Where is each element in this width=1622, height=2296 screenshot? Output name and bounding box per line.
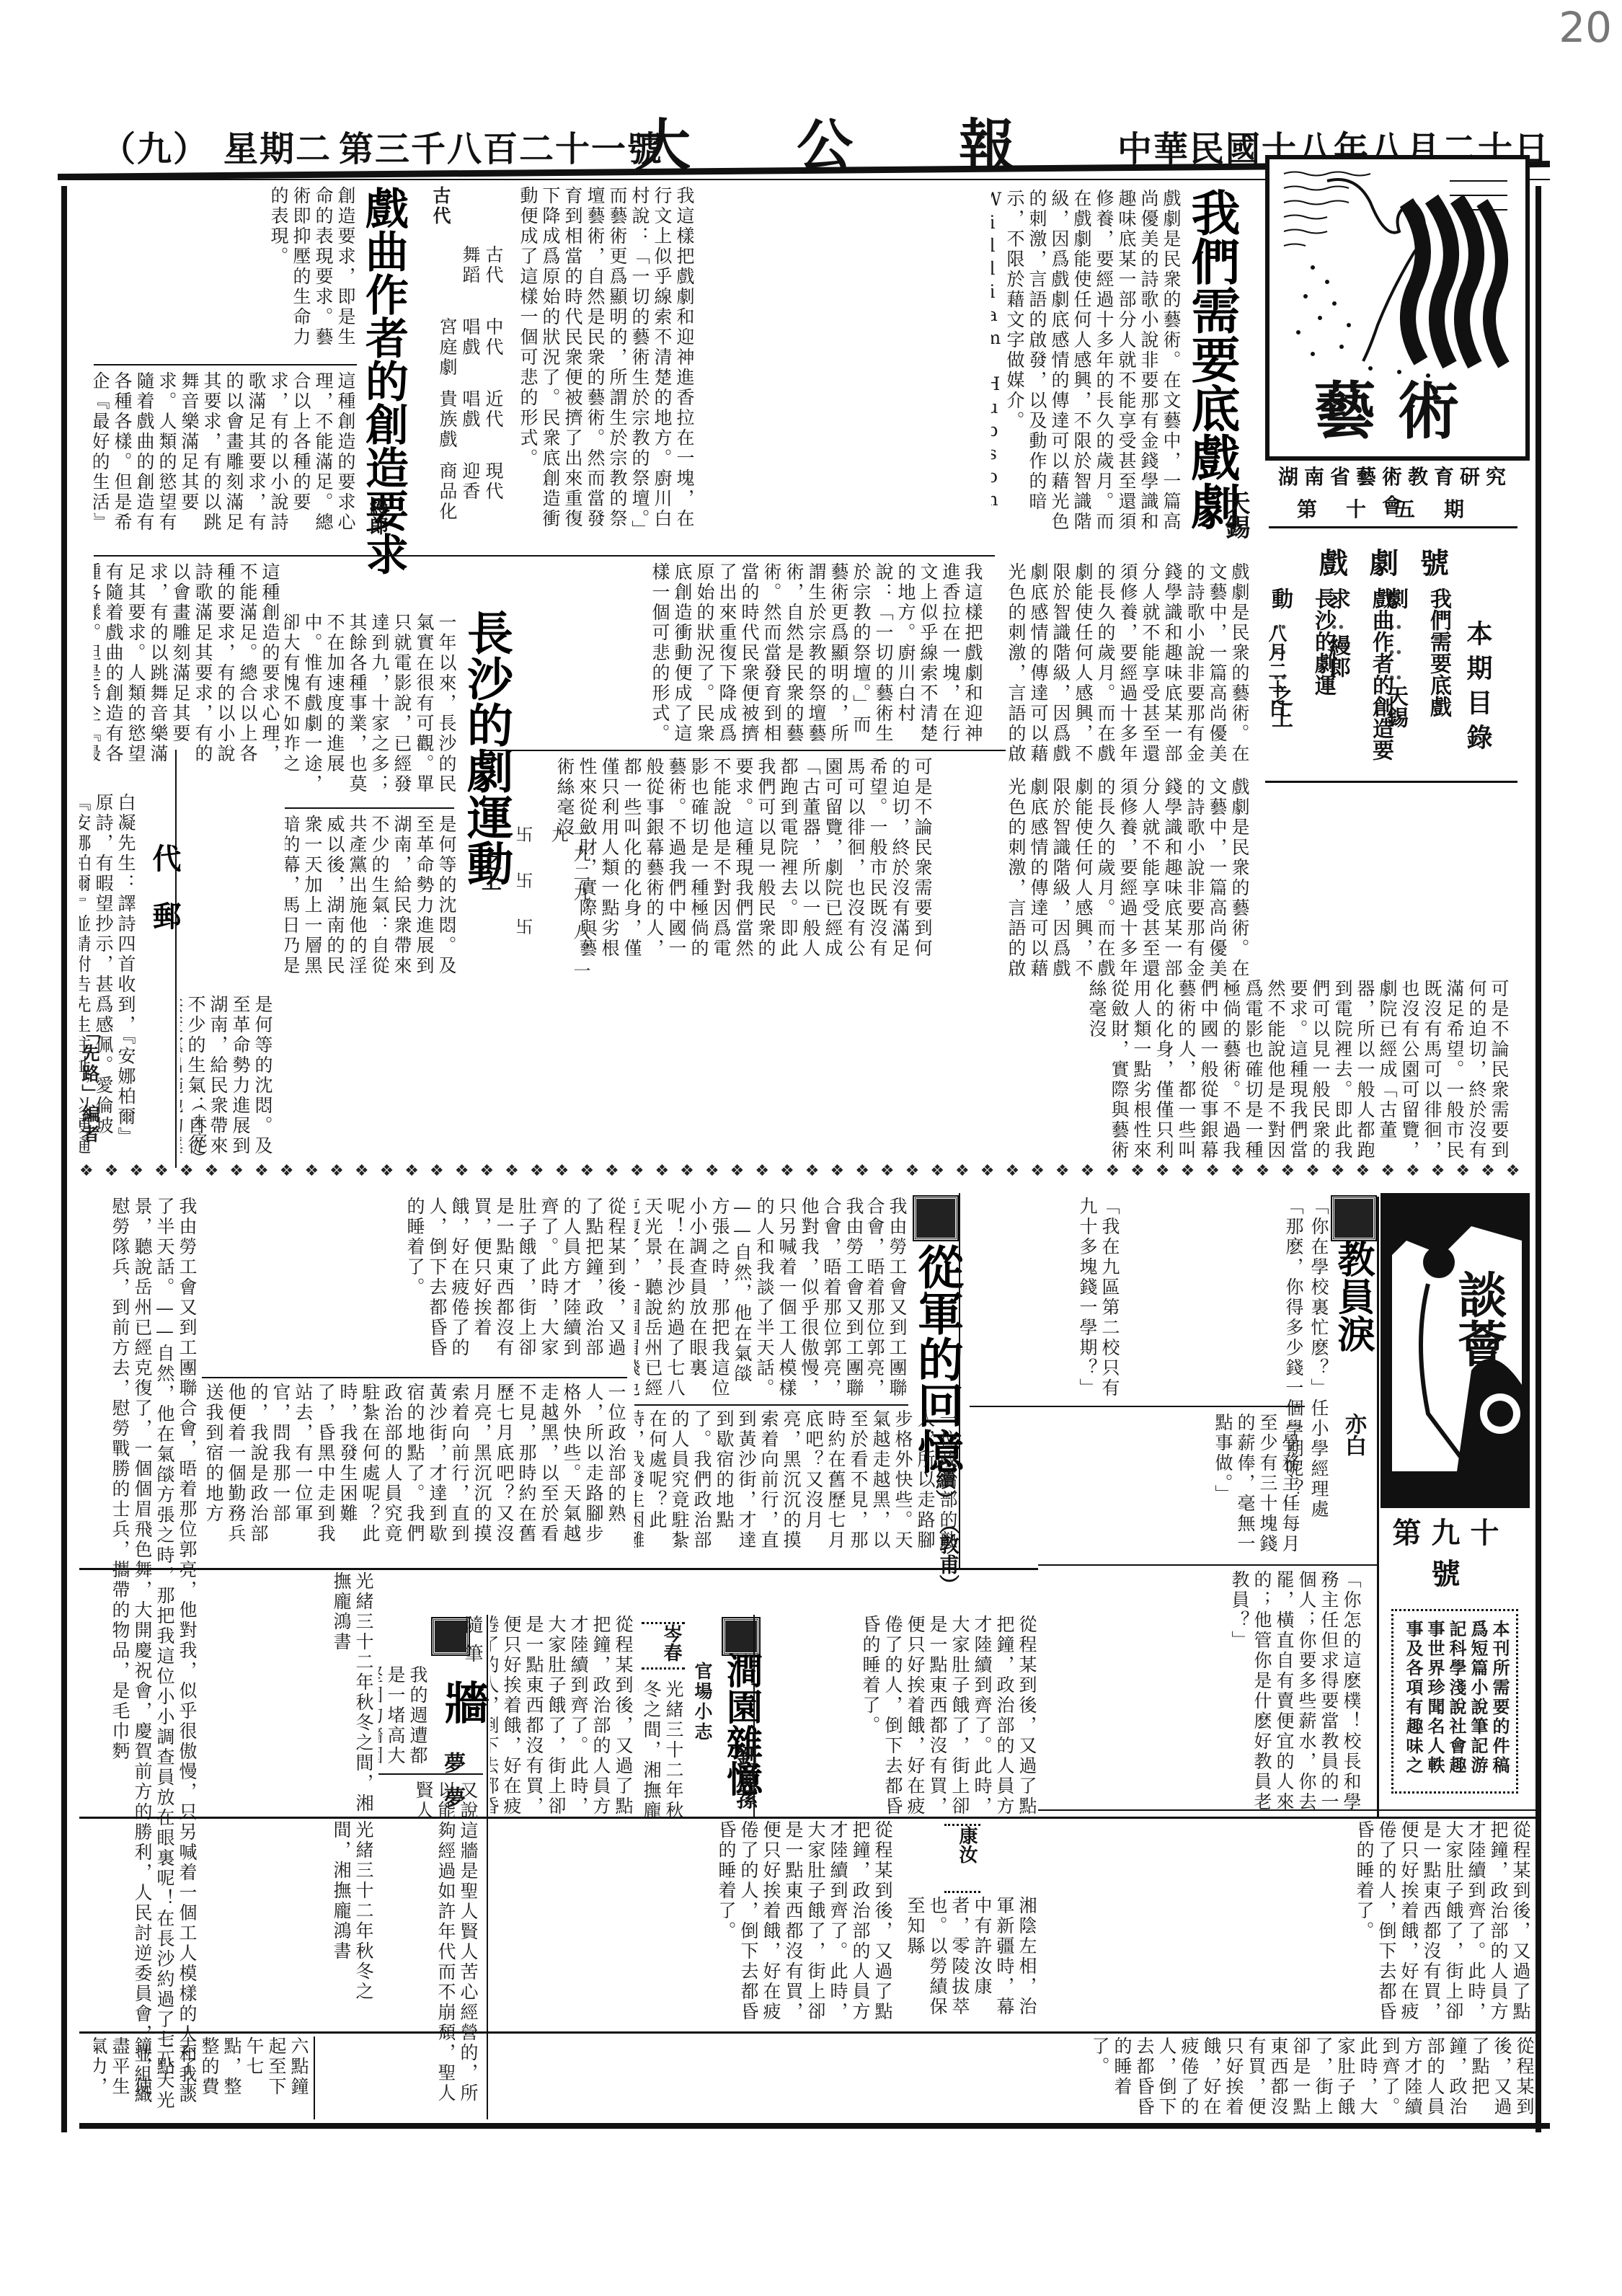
article-body-col: 從程某到後，又過了點把鐘，政治部的人員方才陸續到齊了。此時，大家肚子餓了，街上卻… (1042, 1820, 1532, 2029)
article-body-col: 從程某到後，又過了點把鐘，政治部的人員方才陸續到齊了。此時，大家肚子餓了，街上卻… (202, 1197, 627, 1377)
article-continued-playwright: 這種創造的要求心理，不能滿足。總合以上各種的要求，有的以小說詩歌滿足其要求，有的… (94, 371, 357, 551)
divider (94, 364, 357, 365)
article-continued-garden-memo: 從程某到後，又過了點把鐘，政治部的人員方才陸續到齊了。此時，大家肚子餓了，街上卻… (757, 1615, 1038, 1817)
article-ending-wall: 六點鐘起至下午七點，整整的費去了十三點鐘，使盡平生氣力，去推牆，但未曾指牠完來；… (94, 2036, 310, 2116)
section-icon (1332, 1197, 1375, 1240)
column-divider (1377, 1197, 1379, 1817)
article-body-changsha: 一年以來，長沙的民氣實在很有可觀。單只就電影說，已經發達到九，十家之多；其餘各種… (285, 613, 458, 807)
article-body-teacher-tears: 「你在學校裏忙麽？」任小學經理處打各團的學款 (1308, 1197, 1330, 1528)
divider (285, 807, 454, 809)
article-continued-changsha: 是何等的沈悶。及至革命勢力進展到湖南，給民衆帶來不少的生氣：自從共產黨出施他的淫… (285, 815, 458, 980)
submission-notice: 本刊所需要的件稿爲短篇小說筆記游記科學淺說社會趣事世界珍聞名人軼事及各項有趣味之… (1402, 1620, 1510, 1782)
article-body-col: 光緒三十二年秋冬之間，湘撫龐鴻書 (79, 1820, 375, 2029)
article-continued-army-memoir: 一位政治部的熟人，所以走路腳步格外快些。天氣越走越黑，以至於看不見，那時約在舊歷… (634, 1409, 959, 1564)
divider (79, 1568, 1038, 1570)
drama-special-label: 戲劇號 (1276, 541, 1514, 582)
masthead-weekday: 星期二 (223, 121, 332, 171)
article-date-changsha: 一九二九，八，一九 (548, 825, 591, 984)
unfinished-note: （未完） (184, 1096, 209, 1161)
frame-bottom (79, 2123, 1550, 2129)
kang-ruzhi-label: 康汝 (944, 1824, 980, 1893)
article-body-kang-ruzhi: 湘陰左相，治軍新疆時，幕中有許汝康者，零陵拔萃也。以勞績保至知縣 (894, 1896, 1038, 2026)
divider (1269, 526, 1517, 528)
article-body-drama-need-2: 戲劇是民衆的藝術。在文藝中，一篇高尚優美的詩歌小說非要那有金錢學識和趣味底某一部… (1006, 562, 1251, 764)
swastika-ornament: 卐卐卐 (512, 825, 533, 984)
divider (79, 1817, 1535, 1819)
art-issue-number: 第十五期 (1276, 494, 1514, 523)
mail-title: 代郵 (144, 843, 185, 959)
divider (479, 750, 1006, 751)
article-author-changsha: 之上 (476, 851, 505, 891)
divider (634, 1404, 908, 1406)
dialogue-col: 「學務主任每月至少有三十塊錢的薪俸，毫無一點事做。」 (970, 1413, 1301, 1557)
art-banner-woodcut: 藝術 (1265, 155, 1530, 461)
article-body-garden-memo: 光緒三十二年秋冬之間，湘撫龐鴻書 (638, 1680, 685, 1824)
divider (1038, 1809, 1535, 1811)
era-cell: 唱戲 (460, 389, 482, 454)
dialogue-col: 「你怎的這麽樸！校長和學務主任但求得要當教員的一個人；你要多些薪水，你去罷，橫直… (1038, 1570, 1362, 1815)
art-banner-title: 藝術 (1284, 376, 1511, 448)
article-body-col: 從程某到後，又過了點把鐘，政治部的人員方才陸續到齊了。此時，大家肚子餓了，街上卻… (634, 1820, 894, 2029)
cen-chun-label: 岑春 (642, 1622, 685, 1670)
era-cell: 迎香 (460, 461, 482, 526)
article-author-garden-memo: 劉嵐蓀 (728, 1745, 760, 1809)
era-cell: 中代 (483, 317, 505, 382)
era-cell: 現代 (483, 461, 505, 526)
divider (378, 1773, 483, 1775)
article-body-playwright-lead: 創造要求，即是生命的表現要求。藝術即抑壓的生命力的表現。 (94, 186, 357, 366)
article-body-col: 這種創造的要求心理，不能滿足。總合以上各種的要求，有的以小說詩歌滿足其要求，有的… (94, 562, 281, 779)
article-continued-drama-need: 可是不論民衆需要到何的迫切，終於沒有滿足希望。一般市民既沒有馬可以徘徊，也沒有公… (1006, 979, 1510, 1163)
article-title-wall: 牆 (431, 1680, 495, 1724)
frame-right (1535, 186, 1541, 2132)
article-title-teacher-tears: 教員淚 (1330, 1240, 1375, 1352)
article-author-drama-need: 天錫 (1218, 490, 1254, 539)
divider (1038, 1564, 1377, 1566)
era-cell: 貴族戲院 (437, 389, 458, 454)
article-body-wall: 我的週遭都是一堵高大堅固的牆圍繞 (378, 1665, 429, 1766)
era-cell: 舞蹈 (460, 245, 482, 310)
divider (79, 2031, 1535, 2034)
column-divider (753, 1615, 755, 1817)
article-author-teacher-tears: 亦白 (1337, 1413, 1369, 1456)
column-divider (959, 1193, 960, 1568)
section-icon (914, 1197, 957, 1240)
column-divider (314, 2036, 315, 2119)
column-divider (175, 750, 177, 1168)
garden-memo-section: 官場小志 (688, 1662, 714, 1763)
era-cell: 宮庭劇院 (437, 317, 458, 382)
article-author-playwright: 縵郎 (364, 497, 391, 535)
toc-box: 本期目錄 我們需要底戲劇‥‥‥天錫 戲曲作者的創造要求‥縵郎 長沙的劇運動‥‥‥… (1265, 580, 1517, 783)
article-title-drama-need: 我們需要底戲劇 (1186, 187, 1238, 531)
article-body-col: 從程某到後，又過了點把鐘，政治部的人員方才陸續到齊了。此時，大家肚子餓了，街上卻… (317, 2036, 1535, 2119)
article-body-drama-need-3: 戲劇是民衆的藝術。在文藝中，一篇高尚優美的詩歌小說非要那有金錢學識和趣味底某一部… (1006, 777, 1251, 979)
article-title-changsha: 長沙的劇運動 (461, 609, 510, 886)
article-body-col: 光緒三十二年秋冬之間，湘撫龐鴻書 (79, 1572, 375, 1817)
tanhui-issue-number: 第九十號 (1384, 1510, 1517, 1592)
article-body-army-memoir: 我由勞工會又到工團聯合會，晤着那位郭亮，他對我，似乎很傲慢，只另喊着一個工人模樣… (865, 1197, 908, 1406)
article-body-army-memoir-2: 我由勞工會又到工團聯合會，晤着那位郭亮，他對我，似乎很傲慢，只另喊着一個工人模樣… (634, 1197, 865, 1402)
article-body-col: 從程某到後，又過了點把鐘，政治部的人員方才陸續到齊了。此時，大家肚子餓了，街上卻… (490, 1615, 634, 1817)
page-marker: 20 (1559, 3, 1612, 52)
era-cell: 唱戲 (460, 317, 482, 382)
era-cell: 古代 (483, 245, 505, 310)
dialogue-col: 「我在九區第二校只有九十多塊錢一學期？」 (1006, 1197, 1121, 1406)
mail-signed: 「先路」編者 (76, 1024, 101, 1168)
article-body-col: 我這樣把戲劇和迎神進香拉在一塊，在行文上似乎線索不清楚的地方。廚川白村說：「一切… (479, 562, 984, 750)
divider (94, 555, 995, 557)
era-cell: 近代 (483, 389, 505, 454)
toc-heading: 本期目錄 (1456, 620, 1499, 758)
wall-section-label: 隨筆 (454, 1615, 483, 1672)
masthead-page-number: （九） (101, 121, 209, 171)
divider (970, 1406, 1305, 1407)
tanhui-banner-title: 談薈 (1446, 1269, 1511, 1368)
submission-notice-box: 本刊所需要的件稿爲短篇小說筆記游記科學淺說社會趣事世界珍聞名人軼事及各項有趣味之… (1391, 1609, 1518, 1794)
divider (202, 1377, 627, 1378)
frame-left (61, 186, 67, 2132)
article-body-col: 一位政治部的熟人，所以走路腳步格外快些。天氣越走越黑，以至於看不見，那時約在舊歷… (202, 1383, 627, 1563)
masthead-issue: 第三千八百二十一號 (339, 121, 663, 171)
tanhui-banner-woodcut: 談薈 (1381, 1193, 1530, 1508)
ornament-divider: ❖ ❖ ❖ ❖ ❖ ❖ ❖ ❖ ❖ ❖ ❖ ❖ ❖ ❖ ❖ ❖ ❖ ❖ ❖ ❖ … (79, 1162, 1528, 1180)
article-body-drama-need: 戲劇是民衆的藝術。在文藝中，一篇高尚優美的詩歌小說非要那有金錢學識和趣味底某一部… (991, 189, 1182, 549)
era-cell: 商品化劇院 (437, 461, 458, 526)
era-table-grid: 古代 中代 近代 現代 舞蹈 唱戲 唱戲 迎香 宮庭劇院 貴族戲院 商品化劇院 (425, 245, 505, 541)
toc-date: 八月二十日 (1254, 624, 1298, 717)
